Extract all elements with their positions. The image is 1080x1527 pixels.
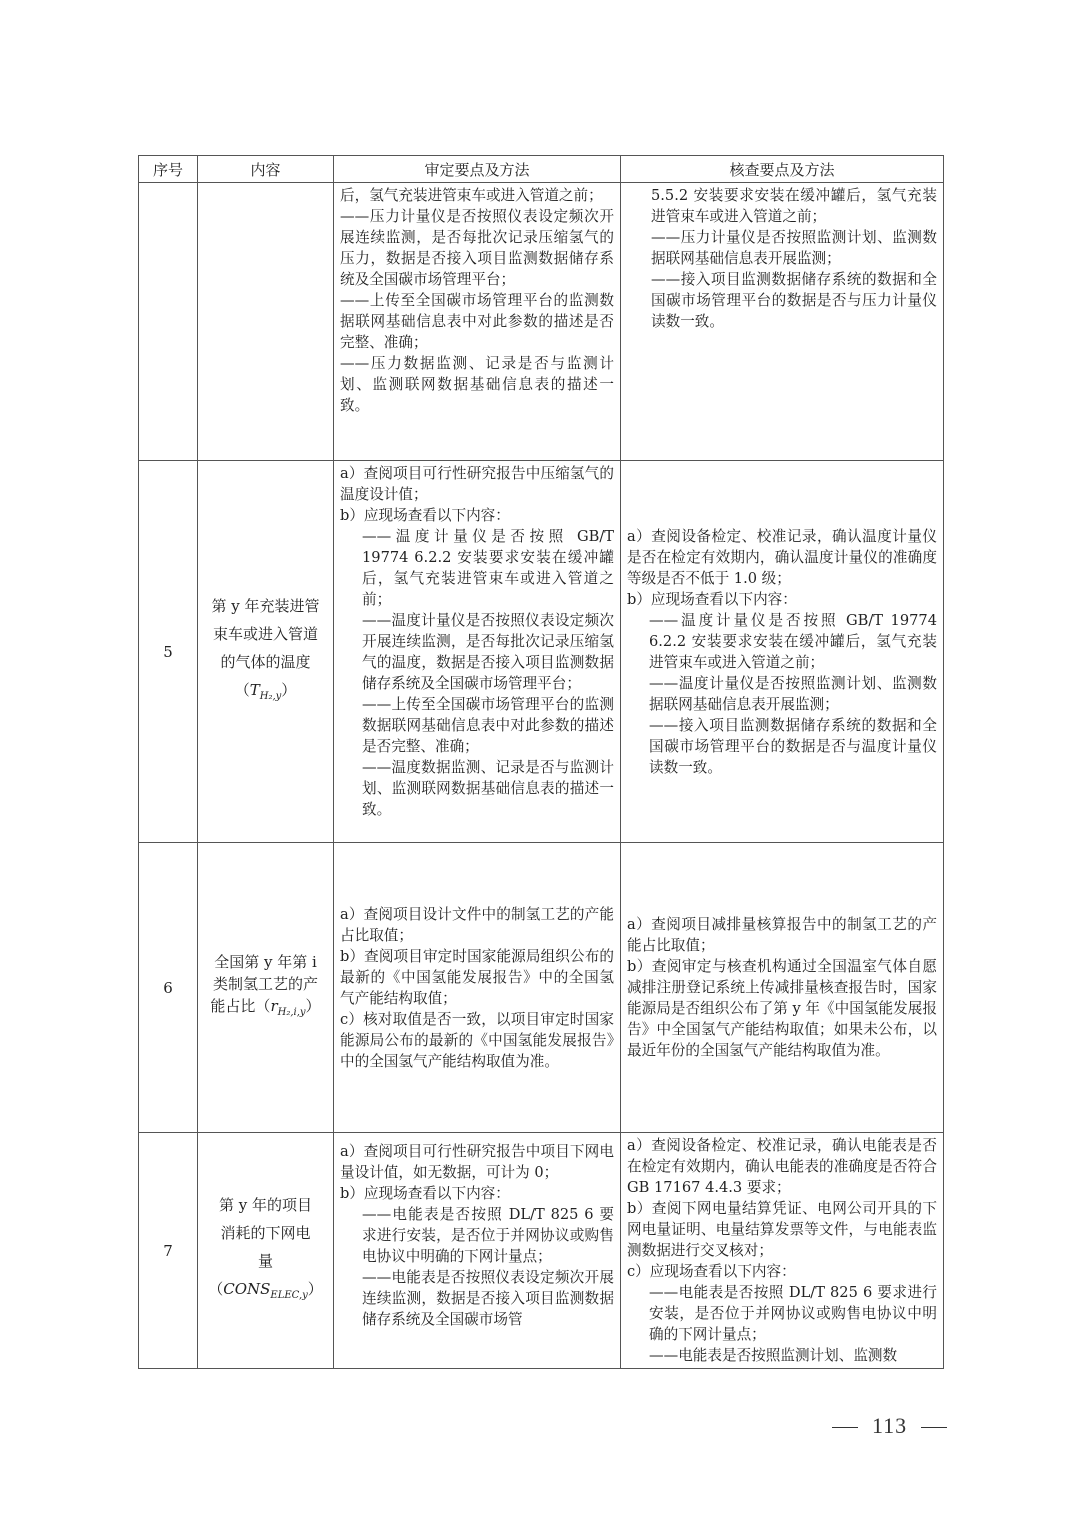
review-item: b）应现场查看以下内容： [340, 505, 614, 526]
row-content: 第 y 年充装进管 束车或进入管道 的气体的温度 （TH₂,y） [198, 461, 334, 843]
review-item: ——温度数据监测、记录是否与监测计划、监测联网数据基础信息表的描述一致。 [340, 757, 614, 820]
review-verification-table: 序号 内容 审定要点及方法 核查要点及方法 后，氢气充装进管束车或进入管道之前；… [138, 155, 944, 1369]
verify-item: a）查阅设备检定、校准记录，确认电能表是否在检定有效期内，确认电能表的准确度是否… [627, 1135, 937, 1198]
content-line: 第 y 年充装进管 [204, 592, 327, 620]
row-seq: 5 [139, 461, 198, 843]
header-review-method: 审定要点及方法 [334, 156, 621, 183]
review-item: ——温度计量仪是否按照仪表设定频次开展连续监测，是否每批次记录压缩氢气的温度，数… [340, 610, 614, 694]
review-item: b）查阅项目审定时国家能源局组织公布的最新的《中国氢能发展报告》中的全国氢气产能… [340, 946, 614, 1009]
table-row: 5 第 y 年充装进管 束车或进入管道 的气体的温度 （TH₂,y） a）查阅项… [139, 461, 944, 843]
review-item: ——压力计量仪是否按照仪表设定频次开展连续监测，是否每批次记录压缩氢气的压力，数… [340, 206, 614, 290]
row-content: 全国第 y 年第 i 类制氢工艺的产 能占比（rH₂,i,y） [198, 843, 334, 1133]
verify-item: ——接入项目监测数据储存系统的数据和全国碳市场管理平台的数据是否与压力计量仪读数… [651, 269, 937, 332]
dash-left-decoration [832, 1427, 858, 1428]
review-item: ——上传至全国碳市场管理平台的监测数据联网基础信息表中对此参数的描述是否完整、准… [340, 290, 614, 353]
page-number: 113 [818, 1413, 961, 1439]
content-line: 第 y 年的项目 [204, 1191, 327, 1219]
content-line: 的气体的温度 [204, 648, 327, 676]
review-item: b）应现场查看以下内容： [340, 1183, 614, 1204]
verify-item: ——温度计量仪是否按照监测计划、监测数据联网基础信息表开展监测； [627, 673, 937, 715]
verify-item: ——接入项目监测数据储存系统的数据和全国碳市场管理平台的数据是否与温度计量仪读数… [627, 715, 937, 778]
verify-item: ——温度计量仪是否按照 GB/T 19774 6.2.2 安装要求安装在缓冲罐后… [627, 610, 937, 673]
content-symbol: （TH₂,y） [204, 676, 327, 711]
table-row: 7 第 y 年的项目 消耗的下网电 量 （CONSELEC,y） a）查阅项目可… [139, 1133, 944, 1369]
review-cell: a）查阅项目可行性研究报告中压缩氢气的温度设计值； b）应现场查看以下内容： —… [334, 461, 621, 843]
review-item: ——压力数据监测、记录是否与监测计划、监测联网数据基础信息表的描述一致。 [340, 353, 614, 416]
content-symbol: 能占比（rH₂,i,y） [204, 995, 327, 1024]
verify-item: a）查阅设备检定、校准记录，确认温度计量仪是否在检定有效期内，确认温度计量仪的准… [627, 526, 937, 589]
verify-item: ——电能表是否按照 DL/T 825 6 要求进行安装，是否位于并网协议或购售电… [627, 1282, 937, 1345]
verify-item: 5.5.2 安装要求安装在缓冲罐后，氢气充装进管束车或进入管道之前； [651, 185, 937, 227]
content-line: 类制氢工艺的产 [204, 973, 327, 995]
review-item: 后，氢气充装进管束车或进入管道之前； [340, 185, 614, 206]
review-item: ——电能表是否按照 DL/T 825 6 要求进行安装，是否位于并网协议或购售电… [340, 1204, 614, 1267]
verify-item: b）应现场查看以下内容： [627, 589, 937, 610]
row-content [198, 183, 334, 461]
document-page: 序号 内容 审定要点及方法 核查要点及方法 后，氢气充装进管束车或进入管道之前；… [0, 0, 1080, 1527]
dash-right-decoration [921, 1427, 947, 1428]
review-item: a）查阅项目可行性研究报告中压缩氢气的温度设计值； [340, 463, 614, 505]
header-content: 内容 [198, 156, 334, 183]
review-cell: a）查阅项目设计文件中的制氢工艺的产能占比取值； b）查阅项目审定时国家能源局组… [334, 843, 621, 1133]
review-item: a）查阅项目设计文件中的制氢工艺的产能占比取值； [340, 904, 614, 946]
review-item: ——电能表是否按照仪表设定频次开展连续监测，数据是否接入项目监测数据储存系统及全… [340, 1267, 614, 1330]
verify-cell: a）查阅设备检定、校准记录，确认电能表是否在检定有效期内，确认电能表的准确度是否… [621, 1133, 944, 1369]
review-item: ——温度计量仪是否按照 GB/T 19774 6.2.2 安装要求安装在缓冲罐后… [340, 526, 614, 610]
header-verify-method: 核查要点及方法 [621, 156, 944, 183]
review-item: ——上传至全国碳市场管理平台的监测数据联网基础信息表中对此参数的描述是否完整、准… [340, 694, 614, 757]
verify-item: a）查阅项目减排量核算报告中的制氢工艺的产能占比取值； [627, 914, 937, 956]
page-number-text: 113 [872, 1413, 907, 1438]
review-cell: 后，氢气充装进管束车或进入管道之前； ——压力计量仪是否按照仪表设定频次开展连续… [334, 183, 621, 461]
review-item: a）查阅项目可行性研究报告中项目下网电量设计值，如无数据，可计为 0； [340, 1141, 614, 1183]
content-line: 全国第 y 年第 i [204, 951, 327, 973]
row-seq: 7 [139, 1133, 198, 1369]
table-row: 后，氢气充装进管束车或进入管道之前； ——压力计量仪是否按照仪表设定频次开展连续… [139, 183, 944, 461]
header-seq: 序号 [139, 156, 198, 183]
content-line: 量 [204, 1247, 327, 1275]
table-header-row: 序号 内容 审定要点及方法 核查要点及方法 [139, 156, 944, 183]
table-row: 6 全国第 y 年第 i 类制氢工艺的产 能占比（rH₂,i,y） a）查阅项目… [139, 843, 944, 1133]
verify-item: b）查阅下网电量结算凭证、电网公司开具的下网电量证明、电量结算发票等文件，与电能… [627, 1198, 937, 1261]
verify-item: c）应现场查看以下内容： [627, 1261, 937, 1282]
verify-item: b）查阅审定与核查机构通过全国温室气体自愿减排注册登记系统上传减排量核查报告时，… [627, 956, 937, 1061]
review-cell: a）查阅项目可行性研究报告中项目下网电量设计值，如无数据，可计为 0； b）应现… [334, 1133, 621, 1369]
content-symbol: （CONSELEC,y） [204, 1275, 327, 1310]
row-seq: 6 [139, 843, 198, 1133]
row-content: 第 y 年的项目 消耗的下网电 量 （CONSELEC,y） [198, 1133, 334, 1369]
content-line: 束车或进入管道 [204, 620, 327, 648]
review-item: c）核对取值是否一致，以项目审定时国家能源局公布的最新的《中国氢能发展报告》中的… [340, 1009, 614, 1072]
verify-cell: a）查阅项目减排量核算报告中的制氢工艺的产能占比取值； b）查阅审定与核查机构通… [621, 843, 944, 1133]
verify-cell: a）查阅设备检定、校准记录，确认温度计量仪是否在检定有效期内，确认温度计量仪的准… [621, 461, 944, 843]
verify-item: ——压力计量仪是否按照监测计划、监测数据联网基础信息表开展监测； [651, 227, 937, 269]
verify-cell: 5.5.2 安装要求安装在缓冲罐后，氢气充装进管束车或进入管道之前； ——压力计… [621, 183, 944, 461]
content-line: 消耗的下网电 [204, 1219, 327, 1247]
verify-item: ——电能表是否按照监测计划、监测数 [627, 1345, 937, 1366]
row-seq [139, 183, 198, 461]
